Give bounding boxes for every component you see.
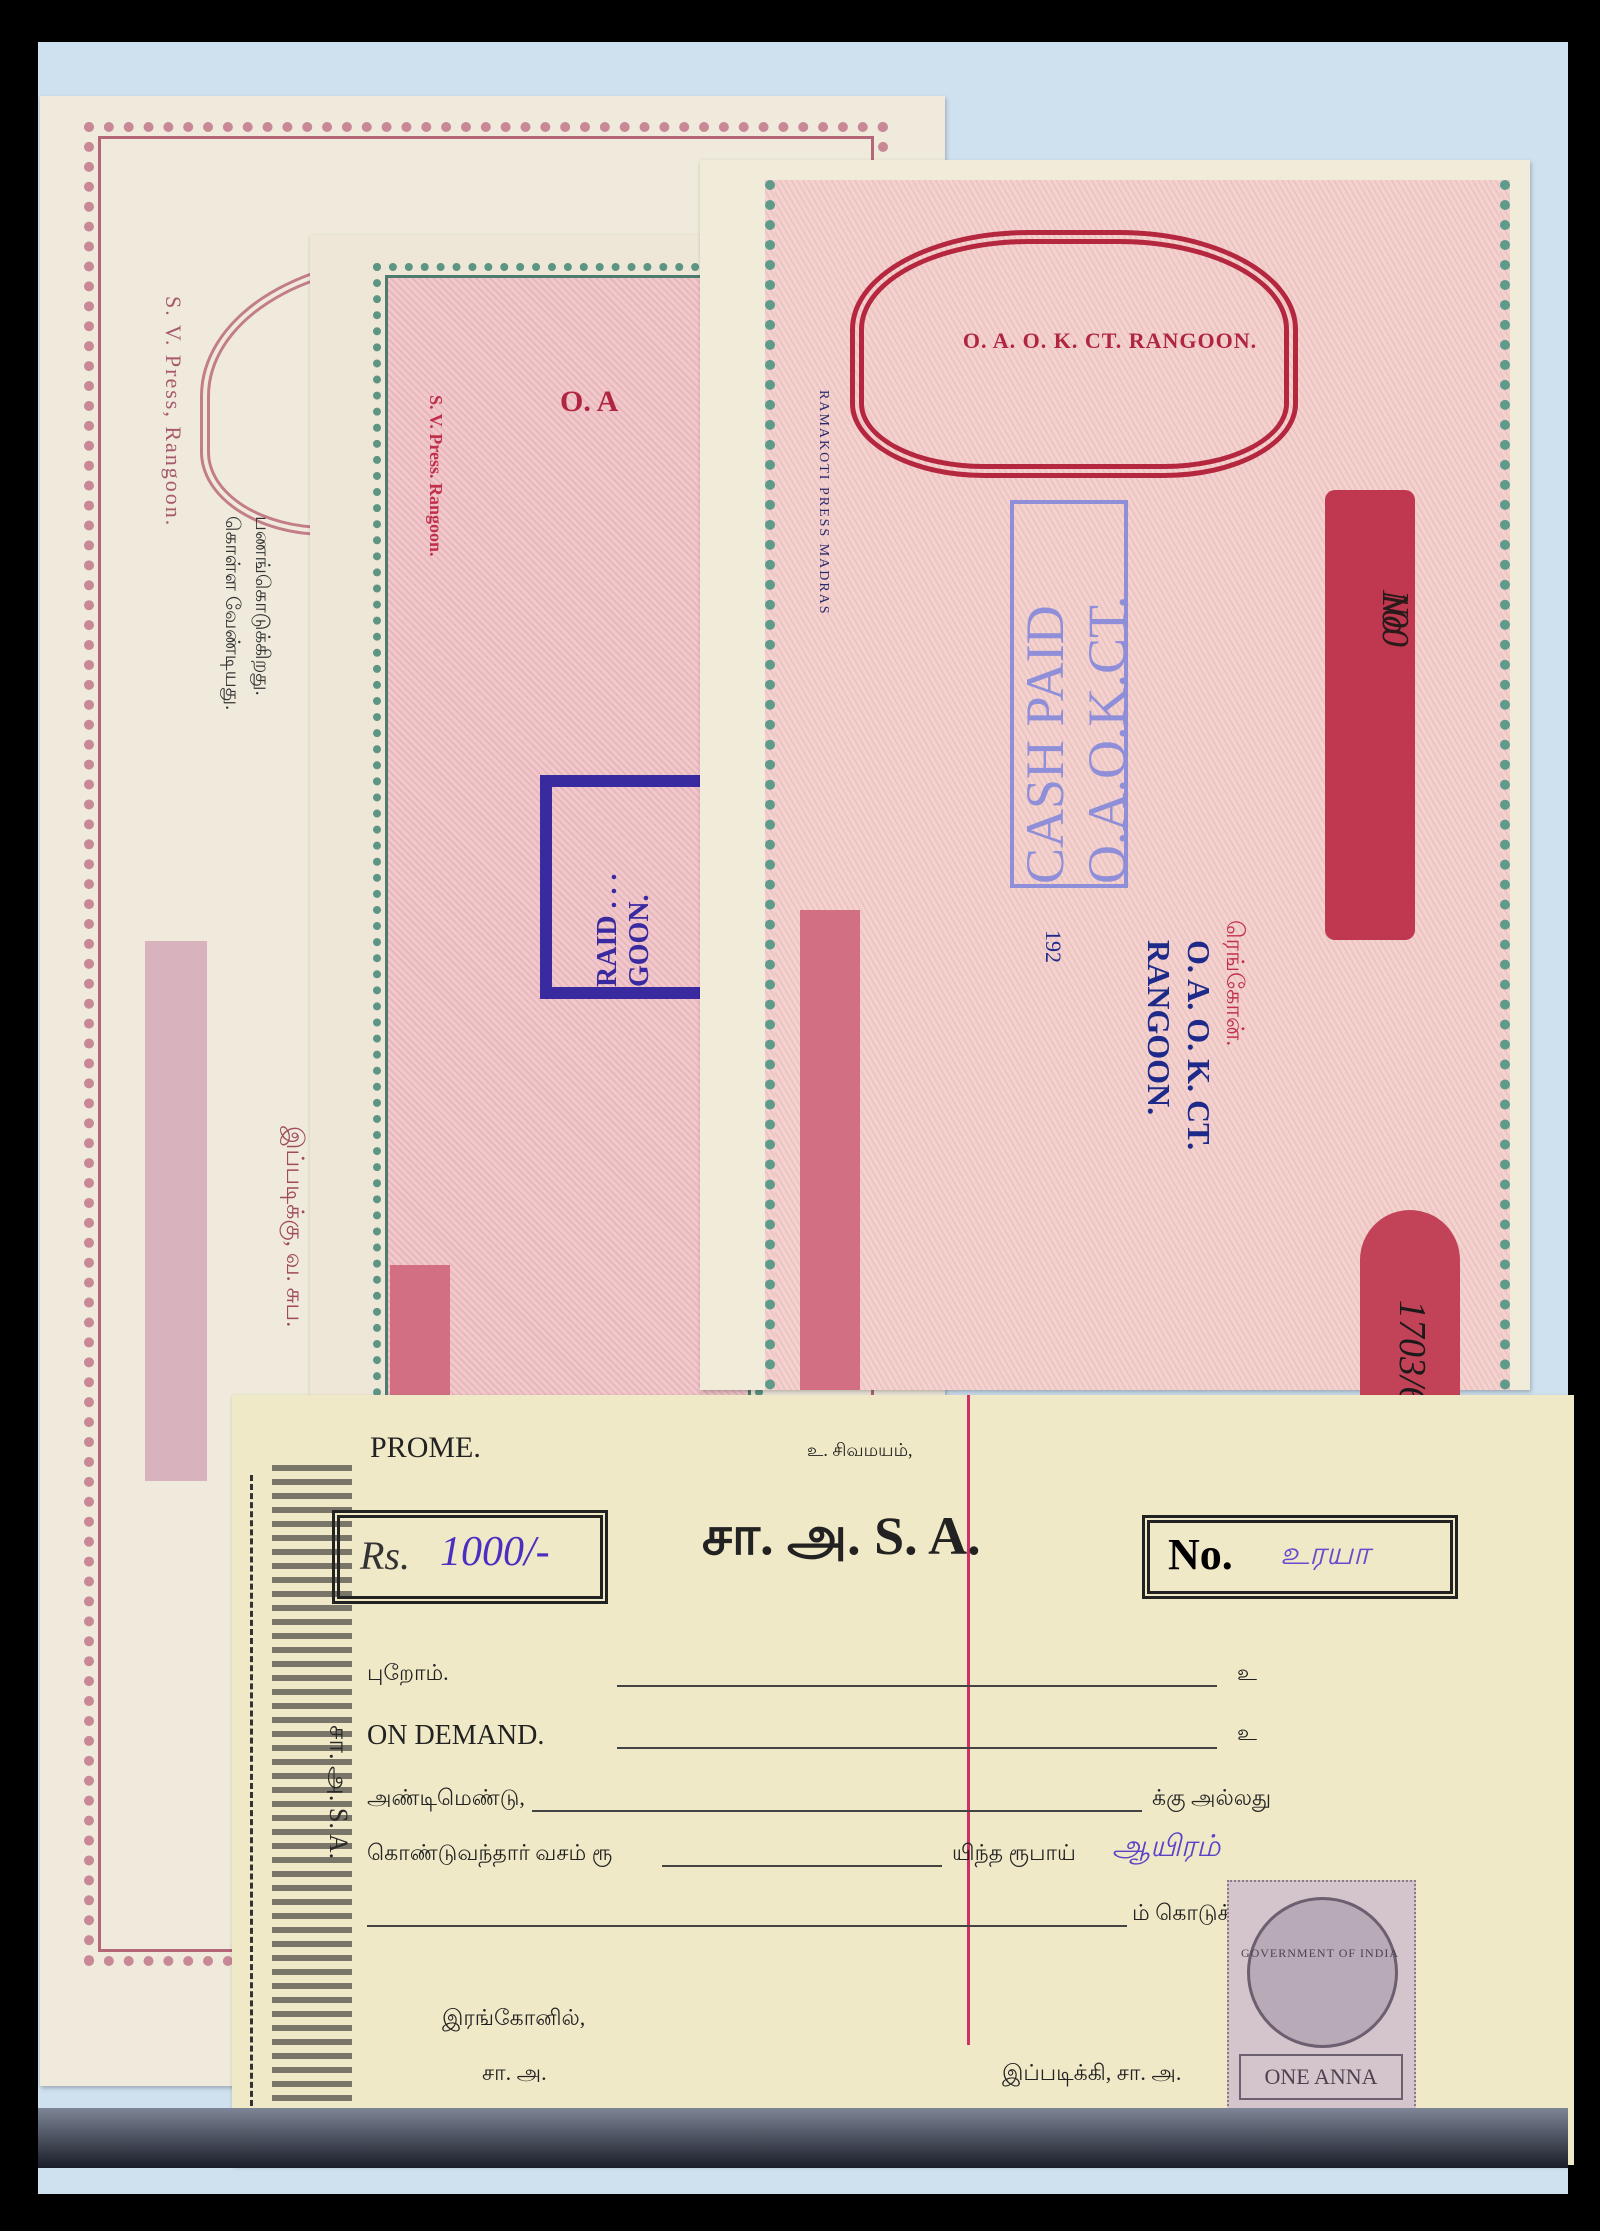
header-text: O. A. O. K. CT. RANGOON. <box>960 328 1260 354</box>
printer-label: S. V. Press, Rangoon. <box>160 296 186 527</box>
year-text: 192 <box>1040 930 1066 963</box>
stamp-value: ONE ANNA <box>1239 2054 1403 2100</box>
number-box: No. உரயா <box>1142 1515 1458 1599</box>
firm-name: O. A. O. K. CT. <box>1180 940 1217 1150</box>
printer-label: RAMAKOTI PRESS MADRAS <box>815 390 831 616</box>
paid-stamp: RAID . . . GOON. <box>540 775 714 999</box>
tamil-city: ரெங்கோன். <box>1220 920 1249 1046</box>
cash-paid-stamp: CASH PAID O.A.O.K.CT. <box>1010 500 1128 888</box>
fill-line <box>617 1685 1217 1687</box>
city-text: RANGOON. <box>1140 940 1177 1115</box>
row-label: புறோம். <box>367 1660 449 1689</box>
closing-text: இப்படிக்கி, சா. அ. <box>1002 2060 1181 2089</box>
row-label: கொண்டுவந்தார் வசம் ரூ <box>367 1840 612 1869</box>
amount-value: 1000/- <box>440 1528 550 1576</box>
fill-line <box>532 1810 1142 1812</box>
signature-strip <box>800 910 860 1390</box>
document-front-right: O. A. O. K. CT. RANGOON. RAMAKOTI PRESS … <box>700 160 1530 1390</box>
place-label: PROME. <box>370 1431 481 1465</box>
row-label: ON DEMAND. <box>367 1720 544 1752</box>
firm-initials: சா. அ. S. A. <box>702 1505 981 1575</box>
fill-line <box>617 1747 1217 1749</box>
row-suffix: உ <box>1237 1660 1257 1689</box>
fill-line <box>367 1925 1127 1927</box>
row-suffix: உ <box>1237 1720 1257 1749</box>
serial-badge: 1703/6 <box>1360 1210 1460 1410</box>
invocation: உ. சிவமயம், <box>807 1440 913 1463</box>
side-label: சா. அ. S. A. <box>322 1725 354 1859</box>
sign-initials: சா. அ. <box>482 2060 547 2089</box>
cheque-front: சா. அ. S. A. PROME. உ. சிவமயம், Rs. 1000… <box>232 1395 1574 2165</box>
amount-box: Rs. 1000/- <box>332 1510 608 1604</box>
header-cartouche <box>850 230 1298 478</box>
handwritten-amount: ஆயிரம் <box>1112 1830 1220 1868</box>
album-sleeve-edge <box>38 2108 1568 2168</box>
number-value: உரயா <box>1280 1535 1370 1576</box>
document-middle: O. A S. V. Press. Rangoon. RAID . . . GO… <box>310 235 730 1395</box>
row-suffix: யிந்த ரூபாய் <box>952 1840 1076 1869</box>
queen-portrait <box>1247 1897 1398 2048</box>
closing-text: இப்படிக்கு, வ. சுப. <box>280 1126 309 1327</box>
red-rule <box>967 1395 970 2045</box>
row-suffix: க்கு அல்லது <box>1152 1785 1271 1814</box>
fill-line <box>662 1865 942 1867</box>
row-label: அண்டிமெண்டு, <box>367 1785 525 1814</box>
printer-label: S. V. Press. Rangoon. <box>425 395 446 557</box>
revenue-stamp: GOVERNMENT OF INDIA ONE ANNA <box>1227 1880 1416 2114</box>
printed-line: பணங்கொடுக்கிறது. <box>250 516 274 696</box>
signature-strip <box>145 941 207 1481</box>
header-text: O. A <box>560 385 618 419</box>
number-banner: No 100 <box>1325 490 1415 940</box>
printed-line: கொள்ள வேண்டியது. <box>220 516 244 710</box>
place-tamil: இரங்கோனில், <box>442 2005 585 2034</box>
